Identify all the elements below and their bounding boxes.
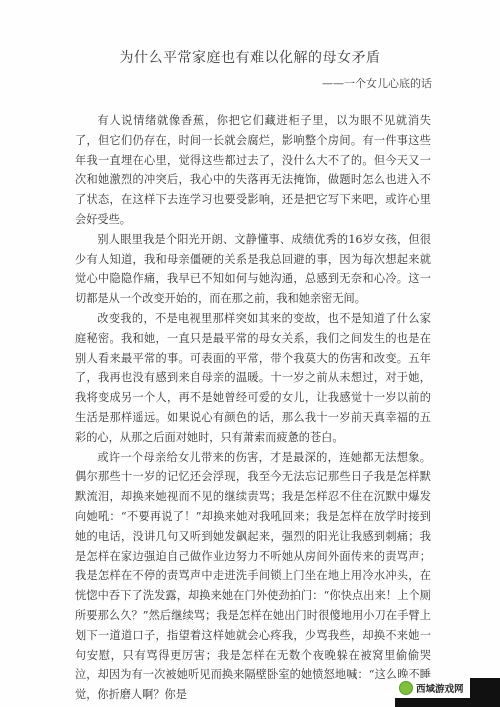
paragraph-3: 改变我的，不是电视里那样突如其来的变故，也不是知道了什么家庭秘密。我和她，一直只… xyxy=(75,309,431,448)
site-watermark: 西域游戏网 xyxy=(395,678,500,707)
paragraph-1: 有人说情绪就像香蕉，你把它们藏进柜子里，以为眼不见就消失了，但它们仍存在，时间一… xyxy=(75,111,431,230)
document-body: 有人说情绪就像香蕉，你把它们藏进柜子里，以为眼不见就消失了，但它们仍存在，时间一… xyxy=(75,111,431,705)
document-page: 为什么平常家庭也有难以化解的母女矛盾 ——一个女儿心底的话 有人说情绪就像香蕉，… xyxy=(0,0,500,707)
document-title: 为什么平常家庭也有难以化解的母女矛盾 xyxy=(0,47,500,67)
document-subtitle: ——一个女儿心底的话 xyxy=(320,75,432,91)
watermark-label: 西域游戏网 xyxy=(395,678,477,698)
watermark-site-name: 西域游戏网 xyxy=(416,681,464,695)
site-logo-icon xyxy=(399,681,413,695)
paragraph-2: 别人眼里我是个阳光开朗、文静懂事、成绩优秀的16岁女孩，但很少有人知道，我和母亲… xyxy=(75,230,431,309)
watermark-dark-strip xyxy=(395,698,500,707)
paragraph-4: 或许一个母亲给女儿带来的伤害，才是最深的，连她都无法想象。偶尔那些十一岁的记忆还… xyxy=(75,448,431,705)
